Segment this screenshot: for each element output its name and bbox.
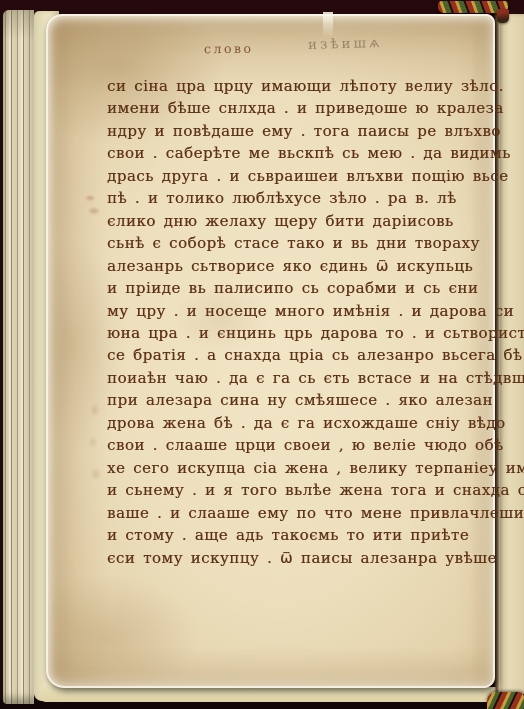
manuscript-line: и сьнему . и я того вьлѣе жена тога и сн… [107,479,499,501]
text-block: си сіна цра црцу имающи лѣпоту велиу зѣл… [107,75,499,569]
manuscript-line: хе сего искупца сіа жена , велику терпан… [107,457,499,479]
manuscript-line: свои . саберѣте ме вьскпѣ сь мею . да ви… [107,142,499,164]
manuscript-line: єлико дню желаху щеру бити даріисовь [107,210,499,232]
manuscript-line: му цру . и носеще много имѣнія . и даров… [107,300,499,322]
under-page-edge-bottom [40,687,497,702]
header-annotation-right: изѣишѧ [308,35,383,53]
manuscript-line: юна цра . и єнцинь црь дарова то . и сьт… [107,322,499,344]
manuscript-line: имени бѣше снлхда . и приведоше ю кралез… [107,97,499,119]
manuscript-line: ндру и повѣдаше ему . тога паисы ре влъх… [107,120,499,142]
header-annotation-left: слово [204,41,254,56]
manuscript-line: дрась друга . и сьвраишеи влъхви пощію в… [107,165,499,187]
book-leaf-edges-left [3,10,34,704]
manuscript-line: ваше . и слааше ему по что мене привлачл… [107,502,499,524]
manuscript-line: дрова жена бѣ . да є га исхождаше сніу в… [107,412,499,434]
manuscript-line: сьнѣ є соборѣ стасе тако и вь дни творах… [107,232,499,254]
manuscript-line: поиаѣн чаю . да є га сь єть встасе и на … [107,367,499,389]
manuscript-line: и стому . аще адь такоємь то ити приѣте [107,524,499,546]
manuscript-line: свои . слааше црци своеи , ю веліе чюдо … [107,434,499,456]
manuscript-line: и пріиде вь палисипо сь сорабми и сь єни [107,277,499,299]
manuscript-line: при алезара сина ну смѣяшесе . яко алеза… [107,389,499,411]
manuscript-line: пѣ . и толико люблѣхусе зѣло . ра в. лѣ [107,187,499,209]
margin-bleedthrough-mark [82,191,104,221]
page-edge-drip-stain [323,12,333,38]
manuscript-line: се братія . а снахда цріа сь алезанро вь… [107,344,499,366]
manuscript-line: алезанрь сьтворисе яко єдинь ѿ искупьць [107,255,499,277]
endband-top-tail [497,9,509,23]
manuscript-line: си сіна цра црцу имающи лѣпоту велиу зѣл… [107,75,499,97]
manuscript-line: єси тому искупцу . ѿ паисы алезанра увѣш… [107,547,499,569]
endband-bottom [487,692,524,709]
manuscript-page: слово изѣишѧ си сіна цра црцу имающи лѣп… [46,14,495,688]
photo-of-manuscript: слово изѣишѧ си сіна цра црцу имающи лѣп… [0,0,524,709]
margin-ghost-stain [86,396,104,488]
